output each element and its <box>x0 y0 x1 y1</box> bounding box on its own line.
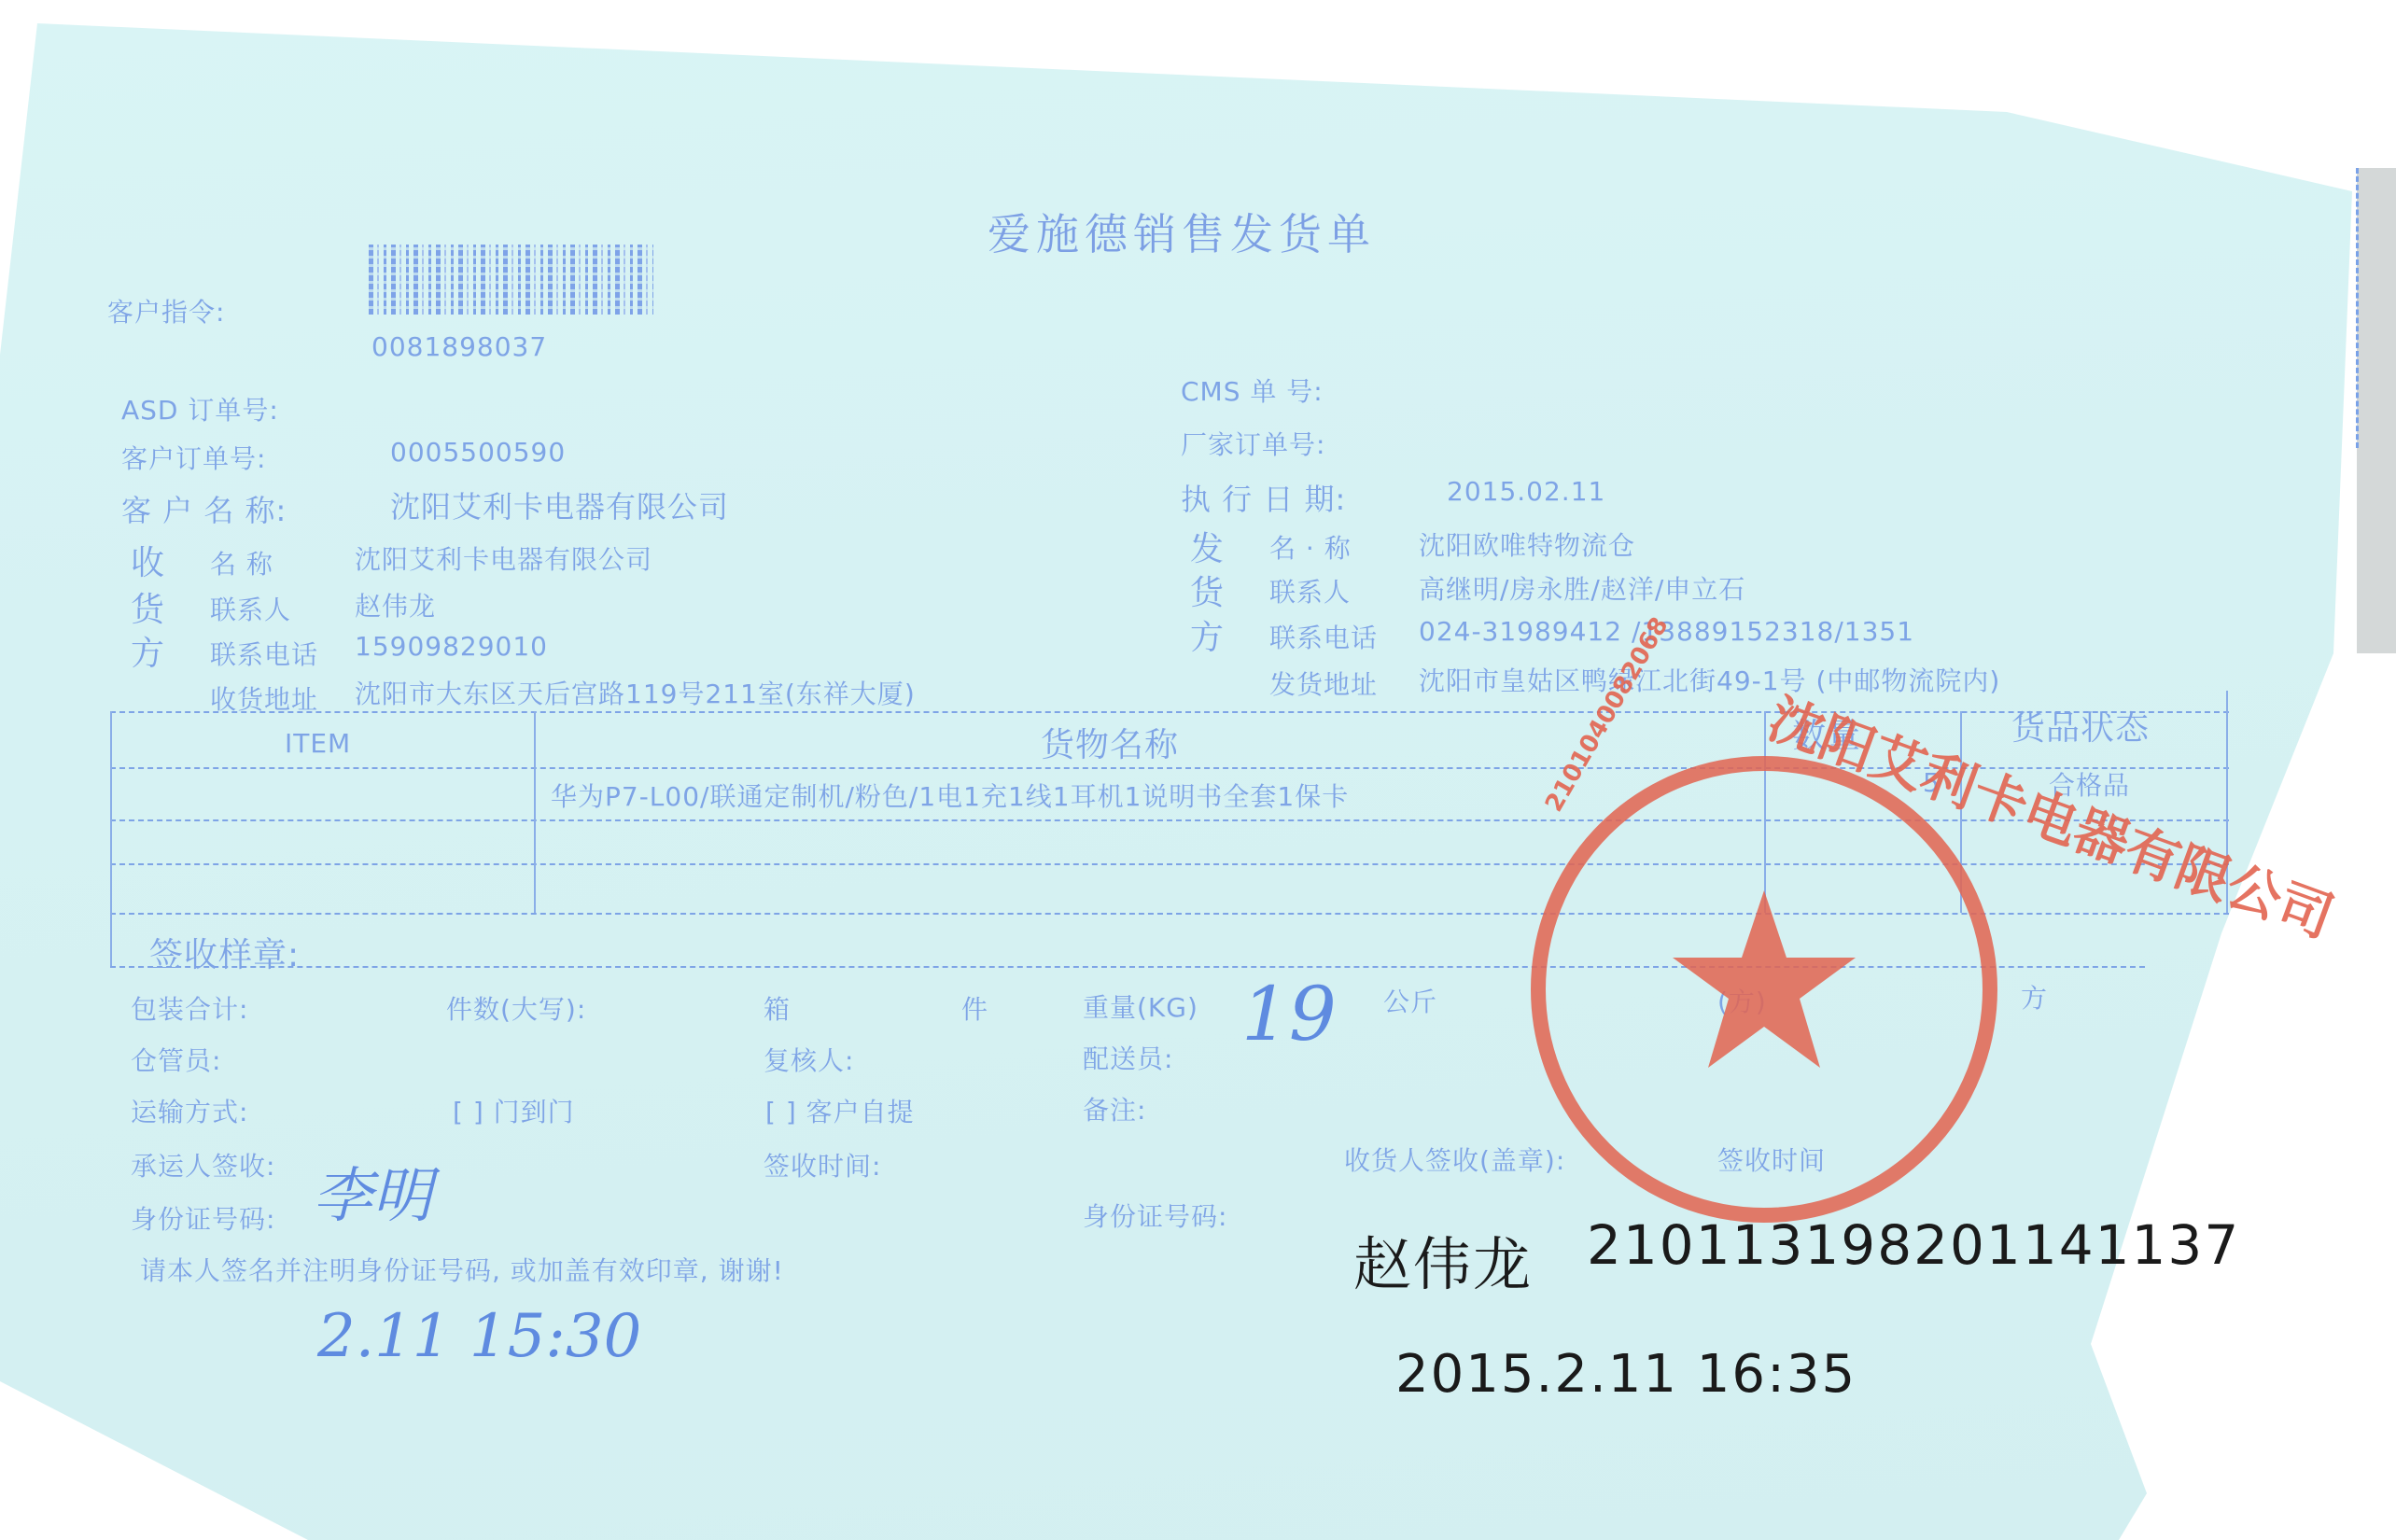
perforation-line <box>2356 168 2359 448</box>
deliverer-label: 配送员: <box>1083 1039 1173 1076</box>
factory-order-label: 厂家订单号: <box>1181 425 1325 462</box>
id-number-label-left: 身份证号码: <box>131 1199 275 1237</box>
door-to-door-checkbox[interactable]: [ ] 门到门 <box>453 1092 575 1129</box>
receiver-contact-label: 联系人 <box>210 590 291 627</box>
sender-contact-label: 联系人 <box>1269 572 1351 609</box>
customer-order-value: 0005500590 <box>390 437 566 468</box>
asd-order-label: ASD 订单号: <box>121 390 279 427</box>
id-number-label-right: 身份证号码: <box>1083 1197 1227 1234</box>
receiver-phone-label: 联系电话 <box>210 635 318 672</box>
receiver-name-value: 沈阳艾利卡电器有限公司 <box>355 539 652 577</box>
sender-name-value: 沈阳欧唯特物流仓 <box>1419 525 1635 563</box>
remark-label: 备注: <box>1083 1090 1146 1127</box>
piece-label: 件 <box>961 989 988 1027</box>
table-col-divider <box>534 711 536 913</box>
receiver-id-number: 210113198201141137 <box>1587 1213 2240 1277</box>
count-caps-label: 件数(大写): <box>446 989 586 1027</box>
carbon-copy-edge <box>2357 168 2396 653</box>
table-top-border <box>110 711 2229 713</box>
box-label: 箱 <box>764 989 791 1027</box>
handwritten-weight: 19 <box>1241 971 1337 1057</box>
sender-side-char-3: 方 <box>1190 611 1225 659</box>
receiver-contact-value: 赵伟龙 <box>355 586 436 623</box>
barcode <box>369 245 653 315</box>
customer-order-label: 客户订单号: <box>121 439 266 476</box>
self-pickup-checkbox[interactable]: [ ] 客户自提 <box>765 1092 915 1129</box>
customer-name-label: 客 户 名 称: <box>121 487 287 530</box>
transport-label: 运输方式: <box>131 1092 248 1129</box>
sender-address-value: 沈阳市皇姑区鸭绿江北街49-1号 (中邮物流院内) <box>1419 661 2000 698</box>
customer-name-value: 沈阳艾利卡电器有限公司 <box>390 483 729 526</box>
sender-contact-value: 高继明/房永胜/赵洋/申立石 <box>1419 569 1745 607</box>
receiver-name-label: 名 称 <box>210 544 273 581</box>
carrier-signature: 李明 <box>313 1148 432 1234</box>
exec-date-label: 执 行 日 期: <box>1181 476 1346 519</box>
barcode-number: 0081898037 <box>371 331 547 362</box>
signature-notice: 请本人签名并注明身份证号码, 或加盖有效印章, 谢谢! <box>140 1251 784 1288</box>
carrier-sign-label: 承运人签收: <box>131 1146 275 1183</box>
warehouse-keeper-label: 仓管员: <box>131 1041 221 1078</box>
receiver-signature: 赵伟龙 <box>1353 1218 1533 1301</box>
goods-name-cell: 华为P7-L00/联通定制机/粉色/1电1充1线1耳机1说明书全套1保卡 <box>551 777 1349 814</box>
sender-side-char-1: 发 <box>1190 523 1225 570</box>
sender-name-label: 名 · 称 <box>1269 528 1352 566</box>
customer-instruction-label: 客户指令: <box>107 292 225 329</box>
sender-phone-label: 联系电话 <box>1269 618 1378 655</box>
volume-unit: 方 <box>2021 978 2048 1015</box>
kg-unit: 公斤 <box>1383 982 1437 1019</box>
sign-time-label: 签收时间: <box>764 1146 881 1183</box>
table-header-goods-name: 货物名称 <box>1041 719 1179 766</box>
carrier-handwritten-time: 2.11 15:30 <box>317 1302 641 1371</box>
receiver-side-char-2: 货 <box>131 583 165 631</box>
table-left-border <box>110 711 112 966</box>
exec-date-value: 2015.02.11 <box>1447 476 1605 507</box>
table-header-status: 货品状态 <box>2011 702 2150 749</box>
reviewer-label: 复核人: <box>764 1041 854 1078</box>
table-header-item: ITEM <box>285 728 351 759</box>
receiver-handwritten-time: 2015.2.11 16:35 <box>1395 1344 1857 1405</box>
receiver-side-char-3: 方 <box>131 627 165 675</box>
receiver-phone-value: 15909829010 <box>355 631 548 662</box>
receiver-side-char-1: 收 <box>131 537 165 584</box>
receiver-sign-label: 收货人签收(盖章): <box>1344 1141 1565 1178</box>
sender-address-label: 发货地址 <box>1269 665 1378 702</box>
receiver-address-value: 沈阳市大东区天后宫路119号211室(东祥大厦) <box>355 674 916 711</box>
cms-number-label: CMS 单 号: <box>1181 371 1324 409</box>
weight-label: 重量(KG) <box>1083 987 1198 1025</box>
seal-star-icon <box>1671 887 1857 1073</box>
sender-side-char-2: 货 <box>1190 567 1225 614</box>
package-total-label: 包装合计: <box>131 989 248 1027</box>
sign-sample-label: 签收样章: <box>149 929 300 976</box>
document-title: 爱施德销售发货单 <box>988 201 1376 262</box>
